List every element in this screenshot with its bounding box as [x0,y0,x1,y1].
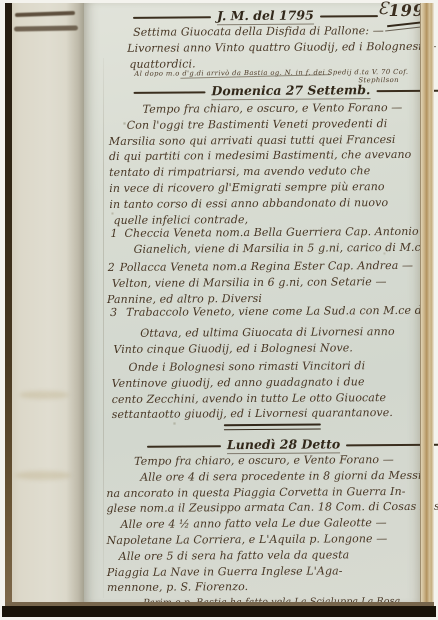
arrival-entry: Checcia Veneta nom.a Bella Guerriera Cap… [106,224,427,258]
arrival-entry: Pollacca Veneta nom.a Regina Ester Cap. … [107,258,414,308]
paper-stain [15,471,71,480]
monday-paragraph: Tempo fra chiaro, e oscuro, e Vento Fora… [106,452,438,612]
manuscript-line: Alle ore 4 di sera procedente in 8 giorn… [106,467,438,485]
opening-paragraph: Settima Giuocata della Disfida di Pallon… [127,23,437,73]
sunday-paragraph: Tempo fra chiaro, e oscuro, e Vento Fora… [109,100,412,228]
folio-block: Ɛ 199 [378,1,425,20]
page-title: J. M. del 1795 [217,8,314,26]
arrival-entry: Trabaccolo Veneto, viene come La Sud.a c… [107,303,425,321]
manuscript-line: in tanto corso di essi anno abbandonato … [109,195,412,213]
heading-rule [133,16,211,19]
manuscript-line: Onde i Bolognesi sono rimasti Vincitori … [111,358,392,376]
manuscript-line: Livornesi anno Vinto quattro Giuodij, ed… [127,39,437,57]
heading-rule [147,445,221,448]
manuscript-line: Tempo fra chiaro, e oscuro, e Vento Fora… [109,100,412,118]
manuscript-line: glese nom.a il Zeusippo armata Can. 18 C… [106,499,438,517]
scanned-manuscript-page: J. M. del 1795 Ɛ 199 Settima Giuocata de… [0,0,438,620]
fore-edge [420,3,434,604]
manuscript-line: Ottava, ed ultima Giuocata di Livornesi … [113,324,395,342]
manuscript-line: settantaotto giuodij, ed i Livornesi qua… [112,405,393,423]
manuscript-page: J. M. del 1795 Ɛ 199 Settima Giuocata de… [84,3,420,604]
manuscript-line: Gianelich, viene di Marsilia in 5 g.ni, … [107,240,428,258]
spine-shadow-line [5,3,12,604]
manuscript-line: Con l'oggi tre Bastimenti Veneti provede… [109,116,412,134]
heading-rule [320,15,378,17]
ottava-paragraph: Ottava, ed ultima Giuocata di Livornesi … [113,324,395,358]
manuscript-line: Velton, viene di Marsilia in 6 g.ni, con… [107,274,413,292]
heading-rule [134,91,206,94]
closing-double-rule [224,424,321,434]
folio-flourish-icon: Ɛ [378,1,389,17]
section-heading-sunday: Domenica 27 Settemb. [133,82,438,101]
manuscript-line: Ventinove giuodij, ed anno guadagnato i … [112,374,393,392]
paper-stain [19,391,69,399]
handwritten-text-layer: J. M. del 1795 Ɛ 199 Settima Giuocata de… [82,2,422,605]
manuscript-line: in vece di ricovero gl'Emigrati sempre p… [109,179,412,197]
bottom-scan-band [2,606,436,617]
manuscript-line: Pollacca Veneta nom.a Regina Ester Cap. … [107,258,413,276]
onde-paragraph: Onde i Bolognesi sono rimasti Vincitori … [111,358,393,423]
sunday-heading-text: Domenica 27 Settemb. [211,82,370,100]
manuscript-line: Vinto cinque Giuodij, ed i Bolognesi Nov… [113,340,395,358]
manuscript-line: Trabaccolo Veneto, viene come La Sud.a c… [107,303,425,321]
